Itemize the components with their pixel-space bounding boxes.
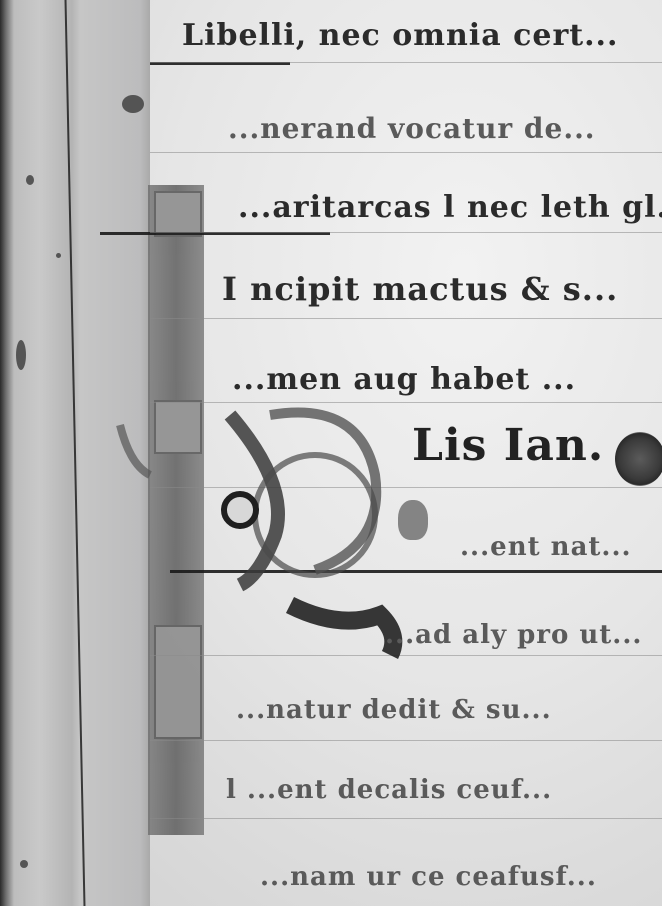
stain — [20, 860, 28, 868]
bar-panel — [154, 191, 202, 237]
text-line: ...ent nat... — [460, 532, 632, 562]
ruling-line — [150, 152, 662, 153]
text-line: l ...ent decalis ceuf... — [226, 775, 552, 805]
ruling-line — [150, 62, 662, 63]
text-line: ...natur dedit & su... — [236, 695, 552, 725]
text-line: ...ad aly pro ut... — [385, 620, 642, 650]
small-figure-icon — [398, 500, 428, 540]
stain — [26, 175, 34, 185]
ornamented-initial-icon — [100, 395, 420, 665]
text-line: ...nam ur ce ceafusf... — [260, 862, 597, 892]
manuscript-page: Libelli, nec omnia cert... ...nerand voc… — [0, 0, 662, 906]
gutter-fold-line — [65, 0, 86, 906]
stain — [16, 340, 26, 370]
text-line: ...nerand vocatur de... — [228, 112, 596, 145]
ruling-line — [150, 232, 662, 233]
text-line: Libelli, nec omnia cert... — [182, 18, 618, 53]
text-line: ...men aug habet ... — [232, 362, 576, 397]
medallion-dot-icon — [615, 432, 662, 486]
stain — [56, 253, 61, 258]
stain — [122, 95, 144, 113]
text-line-rubric: Lis Ian. — [412, 420, 604, 471]
ruling-line — [150, 818, 662, 819]
ruling-line — [150, 740, 662, 741]
text-line: I ncipit mactus & s... — [222, 270, 618, 308]
ruling-line — [150, 318, 662, 319]
text-line: ...aritarcas l nec leth gl... — [238, 190, 662, 225]
